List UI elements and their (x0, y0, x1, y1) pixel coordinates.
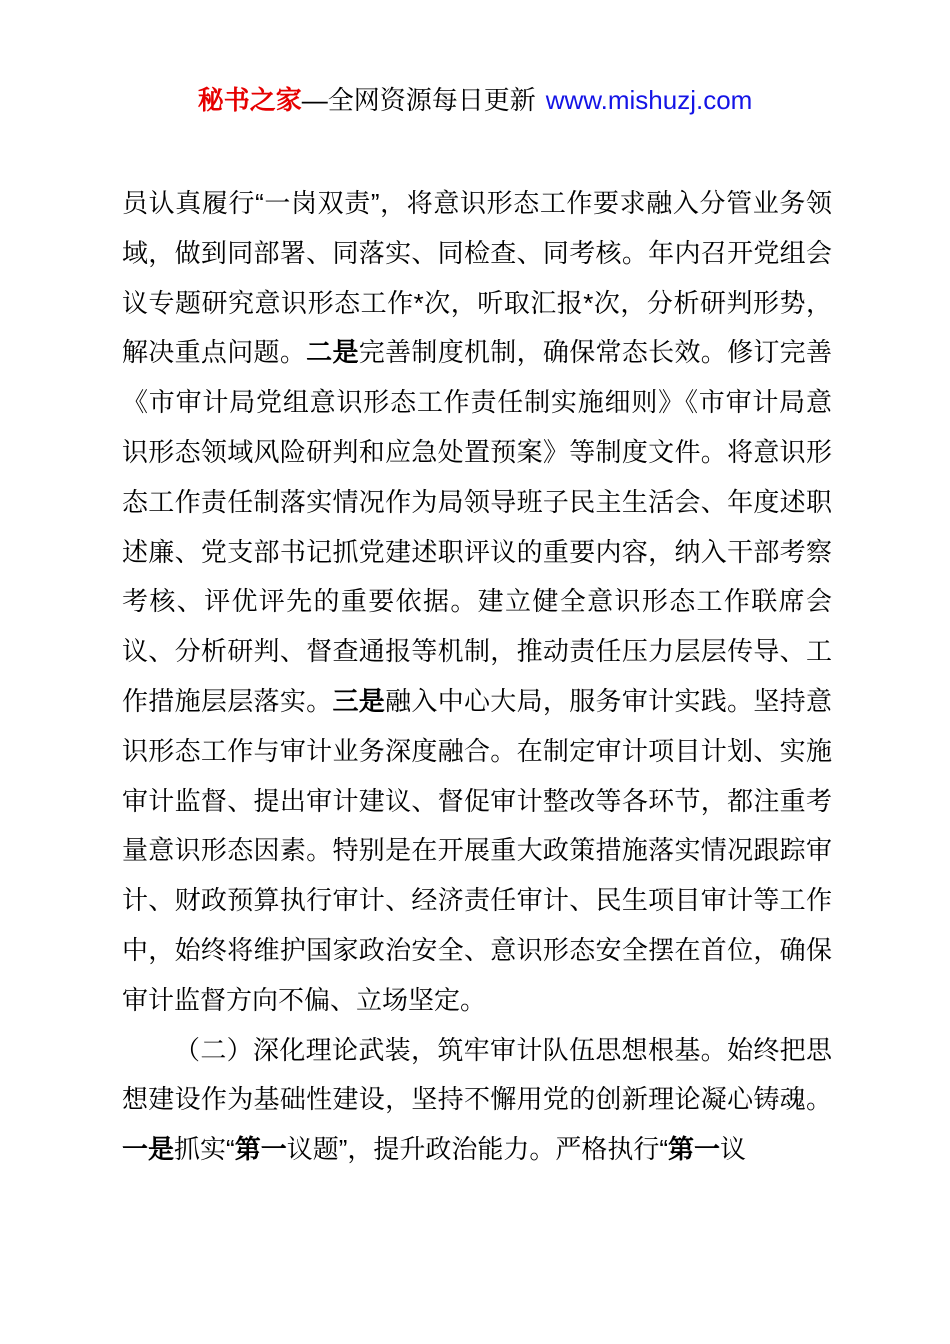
page-header: 秘书之家—全网资源每日更新www.mishuzj.com (0, 84, 950, 116)
body-text: 融入中心大局，服务审计实践。坚持意识形态工作与审计业务深度融合。在制定审计项目计… (122, 686, 832, 1015)
emphasis-text: 三是 (332, 686, 385, 716)
body-text: 议题”，提升政治能力。严格执行“ (287, 1134, 668, 1164)
emphasis-text: 第一 (668, 1134, 720, 1164)
document-page: 秘书之家—全网资源每日更新www.mishuzj.com 员认真履行“一岗双责”… (0, 0, 950, 1344)
body-text: 议 (720, 1134, 746, 1164)
site-url-link[interactable]: www.mishuzj.com (546, 85, 753, 115)
paragraph: 员认真履行“一岗双责”，将意识形态工作要求融入分管业务领域，做到同部署、同落实、… (122, 179, 832, 1026)
body-text: 完善制度机制，确保常态长效。修订完善《市审计局党组意识形态工作责任制实施细则》《… (122, 337, 832, 716)
emphasis-text: 第一 (235, 1134, 287, 1164)
header-tagline: —全网资源每日更新 (302, 85, 536, 115)
body-text: 抓实“ (174, 1134, 235, 1164)
site-name: 秘书之家 (198, 85, 302, 115)
paragraph: （二）深化理论武装，筑牢审计队伍思想根基。始终把思想建设作为基础性建设，坚持不懈… (122, 1026, 832, 1175)
emphasis-text: 一是 (122, 1134, 174, 1164)
emphasis-text: 二是 (306, 337, 359, 367)
body-text: （二）深化理论武装，筑牢审计队伍思想根基。始终把思想建设作为基础性建设，坚持不懈… (122, 1035, 832, 1115)
document-body: 员认真履行“一岗双责”，将意识形态工作要求融入分管业务领域，做到同部署、同落实、… (122, 179, 832, 1175)
